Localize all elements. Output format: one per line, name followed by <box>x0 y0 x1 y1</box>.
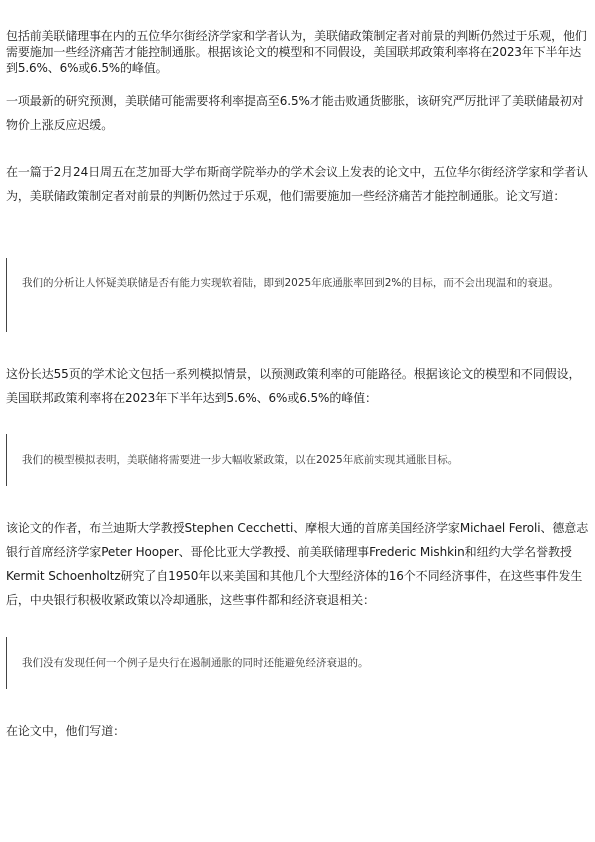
paragraph-1: 一项最新的研究预测，美联储可能需要将利率提高至6.5%才能击败通货膨胀，该研究严… <box>6 89 590 137</box>
blockquote-2-text: 我们的模型模拟表明，美联储将需要进一步大幅收紧政策，以在2025年底前实现其通胀… <box>22 449 587 471</box>
paragraph-5: 在论文中，他们写道： <box>6 719 590 743</box>
blockquote-1-text: 我们的分析让人怀疑美联储是否有能力实现软着陆，即到2025年底通胀率回到2%的目… <box>22 272 587 294</box>
blockquote-3: 我们没有发现任何一个例子是央行在遏制通胀的同时还能避免经济衰退的。 <box>6 637 586 689</box>
article-summary: 包括前美联储理事在内的五位华尔街经济学家和学者认为，美联储政策制定者对前景的判断… <box>6 28 590 76</box>
blockquote-3-text: 我们没有发现任何一个例子是央行在遏制通胀的同时还能避免经济衰退的。 <box>22 652 587 674</box>
blockquote-1: 我们的分析让人怀疑美联储是否有能力实现软着陆，即到2025年底通胀率回到2%的目… <box>6 258 586 332</box>
paragraph-2: 在一篇于2月24日周五在芝加哥大学布斯商学院举办的学术会议上发表的论文中，五位华… <box>6 160 590 208</box>
paragraph-4: 该论文的作者，布兰迪斯大学教授Stephen Cecchetti、摩根大通的首席… <box>6 516 590 612</box>
paragraph-3: 这份长达55页的学术论文包括一系列模拟情景，以预测政策利率的可能路径。根据该论文… <box>6 362 590 410</box>
blockquote-2: 我们的模型模拟表明，美联储将需要进一步大幅收紧政策，以在2025年底前实现其通胀… <box>6 434 586 486</box>
